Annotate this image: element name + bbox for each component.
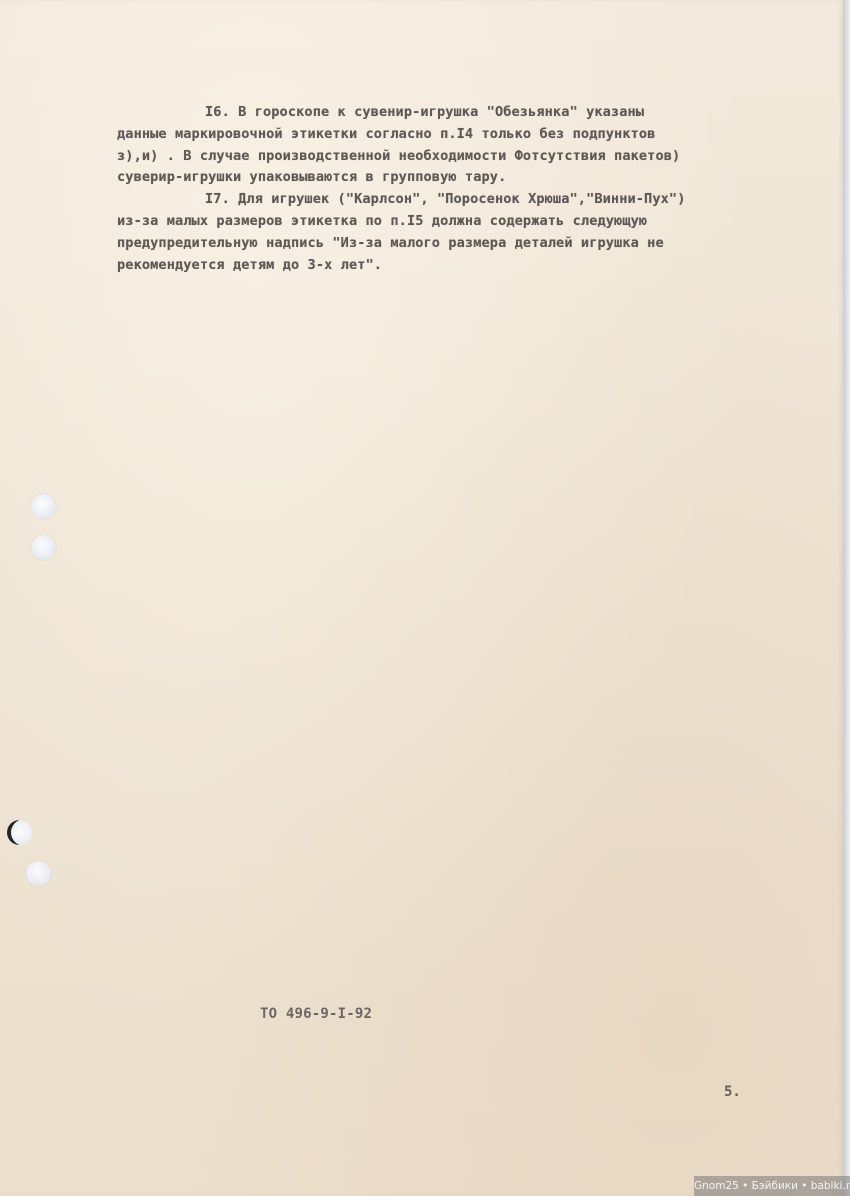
document-body: I6. В гороскопе к сувенир-игрушка "Обезь…	[117, 102, 837, 276]
paragraph-line: I6. В гороскопе к сувенир-игрушка "Обезь…	[117, 102, 837, 124]
paragraph-line: з),и) . В случае производственной необхо…	[117, 146, 837, 168]
page-edge	[843, 0, 850, 1196]
punch-hole	[31, 494, 56, 519]
document-code: ТО 496-9-I-92	[260, 1006, 372, 1022]
punch-hole	[31, 535, 56, 560]
paragraph-line: рекомендуется детям до 3-х лет".	[117, 255, 837, 277]
paragraph-line: предупредительную надпись "Из-за малого …	[117, 233, 837, 255]
paragraph-line: данные маркировочной этикетки согласно п…	[117, 124, 837, 146]
paragraph-line: из-за малых размеров этикетка по п.I5 до…	[117, 211, 837, 233]
typewritten-page: I6. В гороскопе к сувенир-игрушка "Обезь…	[0, 0, 843, 1196]
paragraph-16: I6. В гороскопе к сувенир-игрушка "Обезь…	[117, 102, 837, 189]
watermark: Gnom25 • Бэйбики • babiki.ru	[694, 1176, 850, 1196]
page-number: 5.	[724, 1084, 741, 1100]
paragraph-17: I7. Для игрушек ("Карлсон", "Поросенок Х…	[117, 189, 837, 276]
paragraph-line: I7. Для игрушек ("Карлсон", "Поросенок Х…	[117, 189, 837, 211]
punch-hole	[7, 820, 32, 845]
punch-hole	[26, 861, 51, 886]
paragraph-line: суверир-игрушки упаковываются в группову…	[117, 167, 837, 189]
